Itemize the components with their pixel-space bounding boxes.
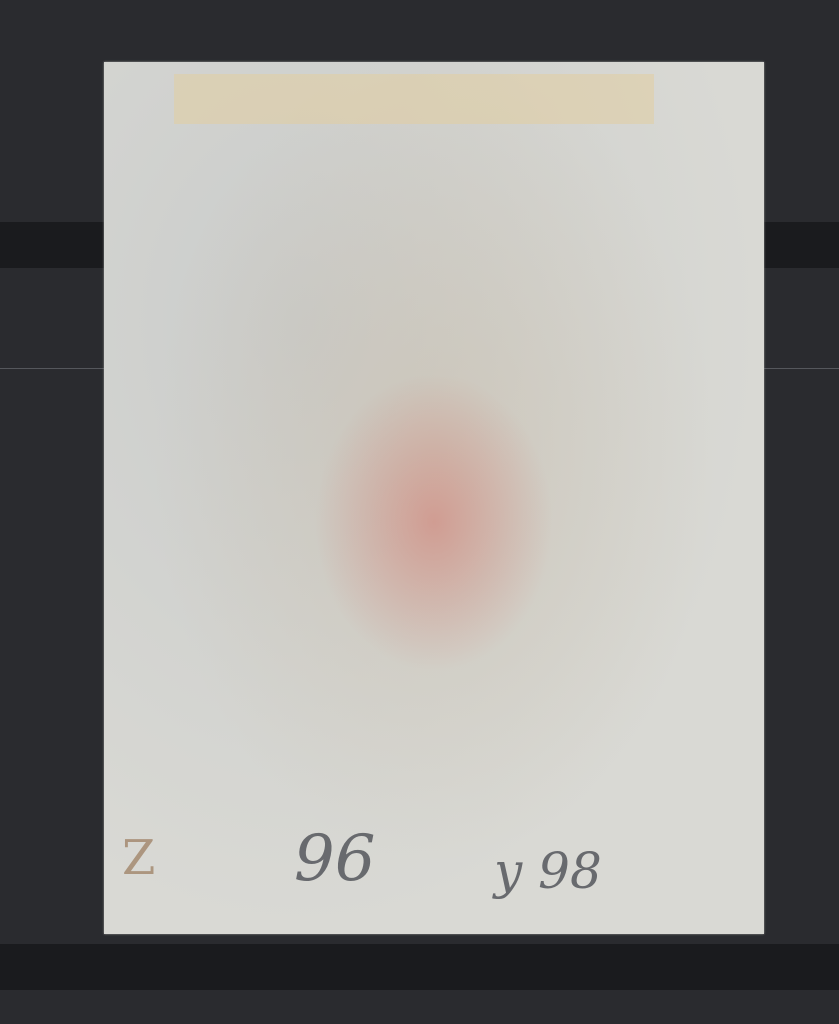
pencil-mark-y98: y 98 — [494, 842, 602, 900]
pencil-mark-96: 96 — [294, 822, 375, 896]
stamp-back: Z 96 y 98 — [104, 62, 764, 934]
red-show-through — [314, 372, 554, 672]
stock-card-strip — [0, 944, 839, 990]
pencil-mark-z: Z — [122, 830, 155, 886]
hinge-residue — [174, 74, 654, 124]
